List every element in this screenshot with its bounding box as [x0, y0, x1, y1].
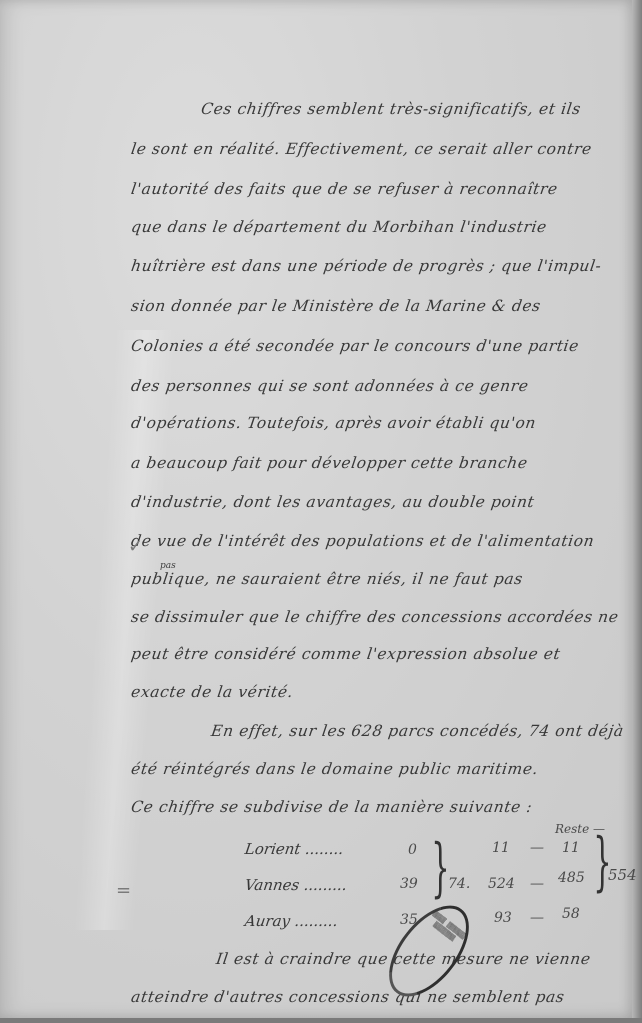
text-line: Ce chiffre se subdivise de la manière su… — [130, 798, 633, 816]
text-line: le sont en réalité. Effectivement, ce se… — [130, 140, 633, 158]
margin-check-mark-icon: ✓ — [128, 536, 143, 557]
dash: — — [530, 876, 544, 892]
text-line: l'autorité des faits que de se refuser à… — [130, 180, 633, 198]
table-row: Auray ......... — [244, 912, 339, 930]
text-line: sion donnée par le Ministère de la Marin… — [130, 297, 633, 315]
text-line: d'industrie, dont les avantages, au doub… — [130, 493, 633, 511]
dash: — — [530, 840, 544, 856]
text-line: Colonies a été secondée par le concours … — [130, 337, 633, 355]
total-reintegrated: 74. — [448, 876, 470, 892]
place-name: Auray — [244, 912, 292, 930]
remaining-value: 485 — [558, 870, 585, 886]
left-brace: } — [431, 836, 449, 900]
page-edge-bottom — [0, 1018, 642, 1023]
text-line: huîtrière est dans une période de progrè… — [130, 257, 633, 275]
place-name: Lorient — [244, 840, 302, 858]
total-remaining: 554 — [608, 866, 637, 884]
conceded-value: 11 — [492, 840, 510, 856]
stamp-text: ▒▒▒▒ ▒▒▒▒▒▒ ▒▒▒▒▒▒▒ — [426, 910, 467, 947]
text-line: de vue de l'intérêt des populations et d… — [130, 532, 633, 550]
table-row: Vannes ......... — [244, 876, 349, 894]
text-line: En effet, sur les 628 parcs concédés, 74… — [210, 722, 642, 740]
leader-dots: ........ — [304, 840, 345, 858]
margin-equals-mark-icon: = — [116, 880, 131, 901]
text-line: exacte de la vérité. — [130, 683, 633, 701]
text-line: se dissimuler que le chiffre des concess… — [130, 608, 633, 626]
text-line: atteindre d'autres concessions qui ne se… — [130, 988, 633, 1006]
dash: — — [530, 910, 544, 926]
text-line: été réintégrés dans le domaine public ma… — [130, 760, 633, 778]
place-name: Vannes — [244, 876, 301, 894]
table-row: Lorient ........ — [244, 840, 345, 858]
conceded-value: 524 — [488, 876, 515, 892]
text-line: des personnes qui se sont adonnées à ce … — [130, 377, 633, 395]
text-line: peut être considéré comme l'expression a… — [130, 645, 633, 663]
right-brace: } — [593, 830, 611, 894]
text-line: publique, ne sauraient être niés, il ne … — [130, 570, 633, 588]
reintegrated-value: 0 — [408, 842, 417, 858]
text-line: que dans le département du Morbihan l'in… — [130, 218, 633, 236]
text-line: Ces chiffres semblent très-significatifs… — [200, 100, 642, 118]
leader-dots: ......... — [303, 876, 348, 894]
remaining-value: 58 — [562, 906, 580, 922]
interlinear-insertion: pas — [160, 561, 176, 571]
text-line: a beaucoup fait pour développer cette br… — [130, 454, 633, 472]
text-line: d'opérations. Toutefois, après avoir éta… — [130, 414, 633, 432]
leader-dots: ......... — [294, 912, 339, 930]
remaining-value: 11 — [562, 840, 580, 856]
reintegrated-value: 39 — [400, 876, 418, 892]
conceded-value: 93 — [494, 910, 512, 926]
